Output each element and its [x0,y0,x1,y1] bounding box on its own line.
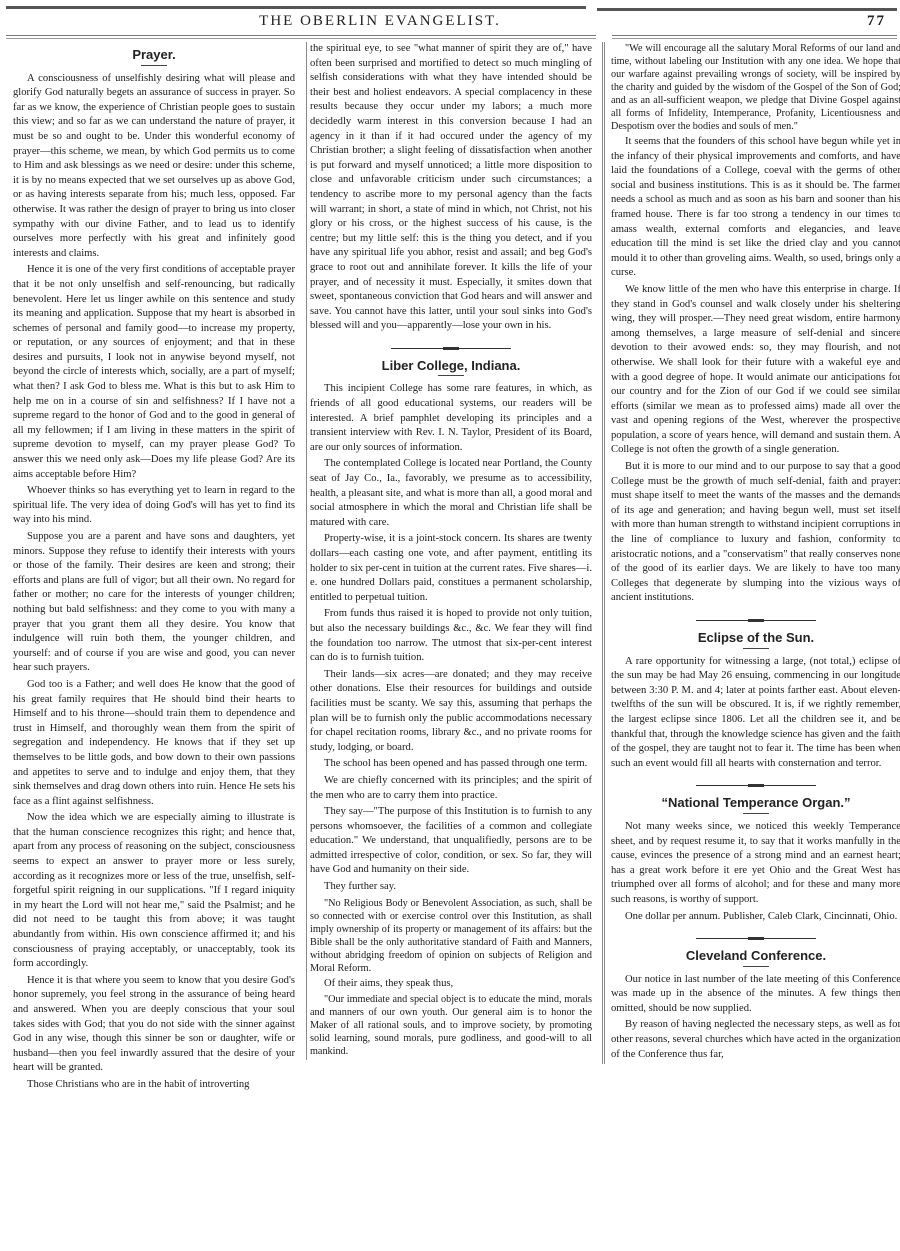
paragraph: They further say. [310,880,592,895]
section-separator [391,348,511,349]
column-1: Prayer. A consciousness of unselfishly d… [13,42,295,1095]
quoted-paragraph: "We will encourage all the salutary Mora… [611,42,900,133]
paragraph: Our notice in last number of the late me… [611,973,900,1017]
section-separator [696,620,816,621]
paragraph-continued: the spiritual eye, to see "what manner o… [310,42,592,334]
quoted-paragraph: "No Religious Body or Benevolent Associa… [310,897,592,975]
heading-underline [141,65,167,66]
paragraph: Whoever thinks so has everything yet to … [13,484,295,528]
paragraph: But it is more to our mind and to our pu… [611,460,900,606]
heading-underline [438,375,464,376]
paragraph: Of their aims, they speak thus, [310,977,592,992]
paragraph: Suppose you are a parent and have sons a… [13,530,295,676]
masthead-rule [6,35,596,39]
paragraph: Property-wise, it is a joint-stock conce… [310,532,592,605]
page-number: 77 [867,13,886,30]
heading-underline [743,966,769,967]
paragraph: One dollar per annum. Publisher, Caleb C… [611,910,900,925]
article-heading-liber-college: Liber College, Indiana. [310,359,592,374]
heading-underline [743,648,769,649]
paragraph: Hence it is that where you seem to know … [13,974,295,1076]
paragraph: By reason of having neglected the necess… [611,1018,900,1062]
paragraph: Hence it is one of the very first condit… [13,263,295,482]
top-border-rule [6,6,586,9]
paragraph: Now the idea which we are especially aim… [13,811,295,972]
paragraph: Their lands—six acres—are donated; and t… [310,668,592,756]
article-heading-prayer: Prayer. [13,48,295,63]
masthead-rule-right [612,35,897,39]
column-2: the spiritual eye, to see "what manner o… [306,42,592,1060]
paragraph: It seems that the founders of this schoo… [611,135,900,281]
article-heading-temperance: “National Temperance Organ.” [611,796,900,811]
paragraph: A consciousness of unselfishly desiring … [13,72,295,262]
section-separator [696,938,816,939]
column-3: "We will encourage all the salutary Mora… [602,42,900,1064]
paragraph: They say—"The purpose of this Institutio… [310,805,592,878]
paragraph: A rare opportunity for witnessing a larg… [611,655,900,772]
newspaper-title: THE OBERLIN EVANGELIST. [170,13,590,30]
paragraph: God too is a Father; and well does He kn… [13,678,295,809]
paragraph: We are chiefly concerned with its princi… [310,774,592,803]
quoted-paragraph: "Our immediate and special object is to … [310,993,592,1058]
paragraph: This incipient College has some rare fea… [310,382,592,455]
heading-underline [743,813,769,814]
paragraph: From funds thus raised it is hoped to pr… [310,607,592,665]
paragraph: The contemplated College is located near… [310,457,592,530]
paragraph: Those Christians who are in the habit of… [13,1078,295,1093]
masthead: THE OBERLIN EVANGELIST. 77 [0,10,900,36]
paragraph: The school has been opened and has passe… [310,757,592,772]
paragraph: We know little of the men who have this … [611,283,900,458]
article-heading-cleveland: Cleveland Conference. [611,949,900,964]
article-heading-eclipse: Eclipse of the Sun. [611,631,900,646]
paragraph: Not many weeks since, we noticed this we… [611,820,900,908]
section-separator [696,785,816,786]
